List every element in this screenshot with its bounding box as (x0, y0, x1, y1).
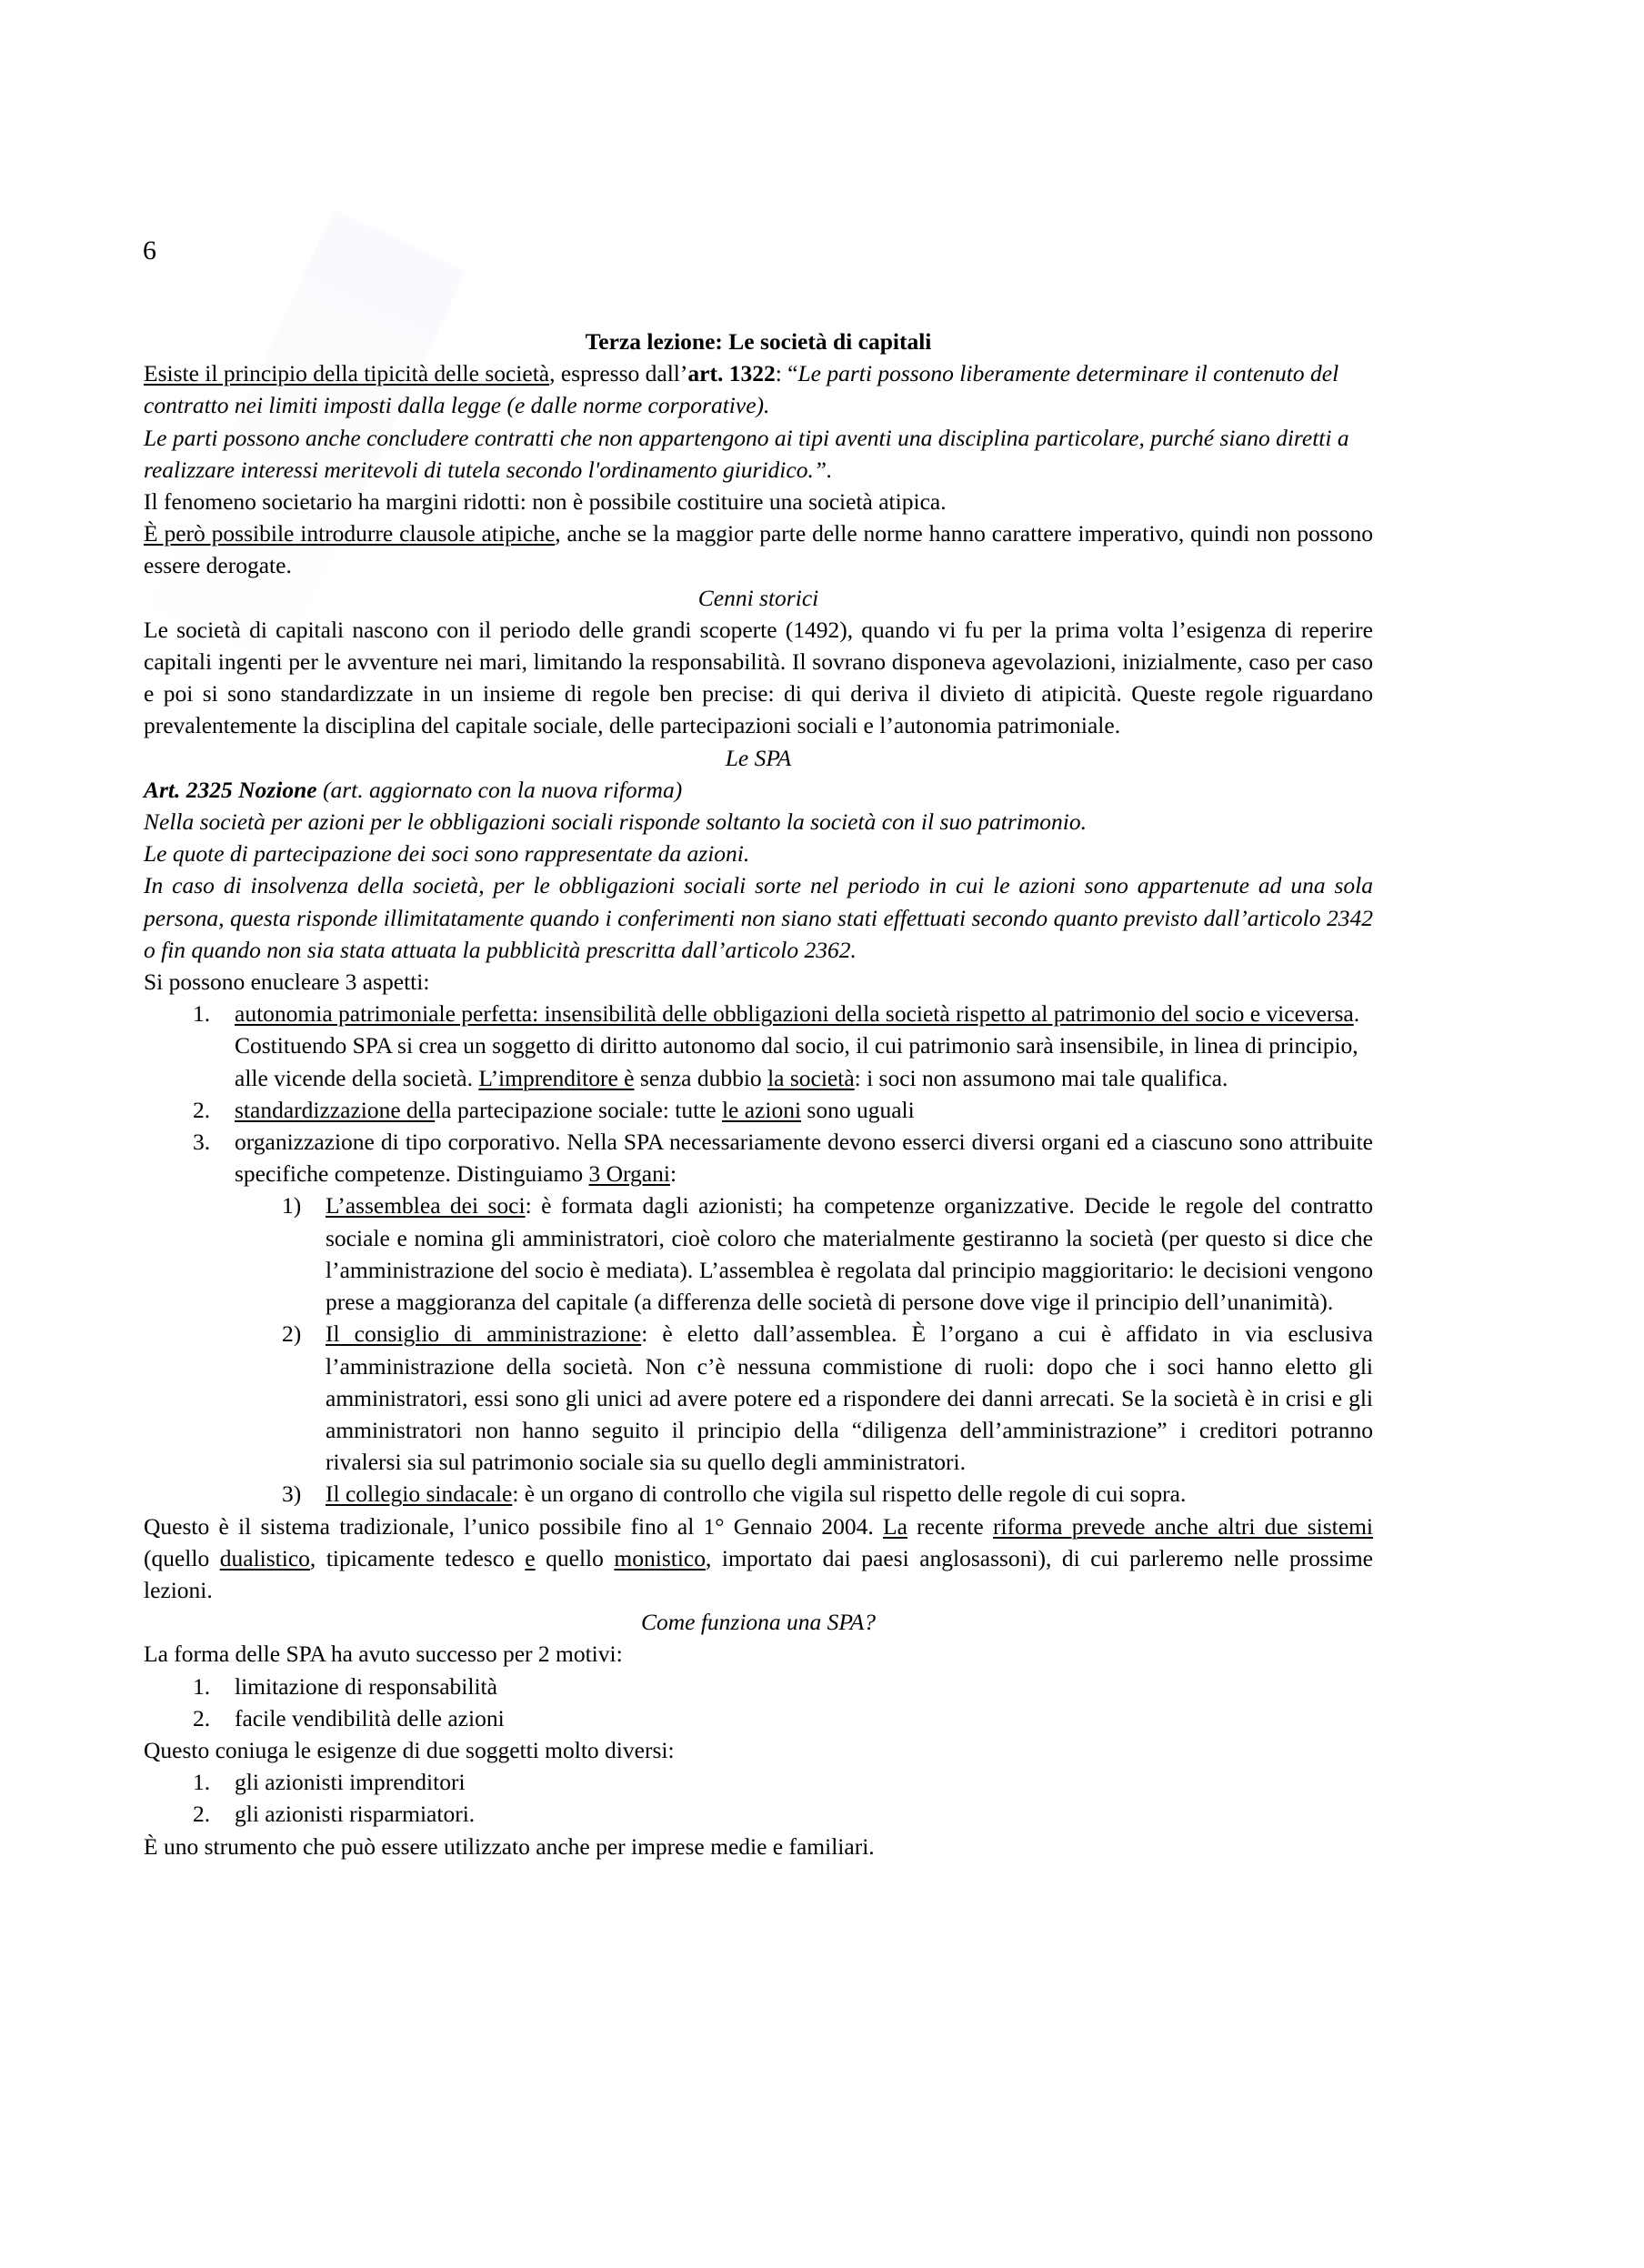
motivi-list: 1.limitazione di responsabilità 2.facile… (144, 1671, 1373, 1734)
paragraph: Si possono enucleare 3 aspetti: (144, 966, 1373, 998)
paragraph: Questo è il sistema tradizionale, l’unic… (144, 1510, 1373, 1607)
section-heading-come-funziona: Come funziona una SPA? (144, 1606, 1373, 1638)
list-item: 1. autonomia patrimoniale perfetta: inse… (144, 998, 1373, 1094)
aspetti-list: 1. autonomia patrimoniale perfetta: inse… (144, 998, 1373, 1189)
list-item: 1.limitazione di responsabilità (144, 1671, 1373, 1702)
paragraph: Il fenomeno societario ha margini ridott… (144, 486, 1373, 517)
intro-paragraph: Esiste il principio della tipicità delle… (144, 357, 1373, 421)
list-item: 2.gli azionisti risparmiatori. (144, 1798, 1373, 1830)
underlined-phrase: È però possibile introdurre clausole ati… (144, 520, 555, 547)
list-item: 2. standardizzazione della partecipazion… (144, 1094, 1373, 1126)
list-item: 3. organizzazione di tipo corporativo. N… (144, 1126, 1373, 1189)
paragraph: Questo coniuga le esigenze di due sogget… (144, 1734, 1373, 1766)
article-text: In caso di insolvenza della società, per… (144, 869, 1373, 966)
list-item: 1) L’assemblea dei soci: è formata dagli… (144, 1189, 1373, 1318)
soggetti-list: 1.gli azionisti imprenditori 2.gli azion… (144, 1766, 1373, 1830)
article-text: Le quote di partecipazione dei soci sono… (144, 838, 1373, 869)
underlined-phrase: Esiste il principio della tipicità delle… (144, 360, 549, 386)
organi-list: 1) L’assemblea dei soci: è formata dagli… (144, 1189, 1373, 1510)
paragraph: È però possibile introdurre clausole ati… (144, 517, 1373, 581)
article-text: Nella società per azioni per le obbligaz… (144, 806, 1373, 838)
list-item: 1.gli azionisti imprenditori (144, 1766, 1373, 1798)
list-item: 2.facile vendibilità delle azioni (144, 1702, 1373, 1734)
article-heading: Art. 2325 Nozione (art. aggiornato con l… (144, 774, 1373, 806)
page-number: 6 (143, 235, 156, 267)
lesson-title: Terza lezione: Le società di capitali (144, 326, 1373, 357)
paragraph: La forma delle SPA ha avuto successo per… (144, 1638, 1373, 1670)
list-item: 3) Il collegio sindacale: è un organo di… (144, 1478, 1373, 1510)
article-title: Art. 2325 Nozione (144, 777, 317, 803)
paragraph: Le società di capitali nascono con il pe… (144, 614, 1373, 742)
article-reference: art. 1322 (687, 360, 775, 386)
list-item: 2) Il consiglio di amministrazione: è el… (144, 1318, 1373, 1478)
section-heading-cenni-storici: Cenni storici (144, 582, 1373, 614)
closing-paragraph: È uno strumento che può essere utilizzat… (144, 1831, 1373, 1862)
document-body: Terza lezione: Le società di capitali Es… (144, 326, 1373, 1862)
article-quote-continued: Le parti possono anche concludere contra… (144, 422, 1373, 486)
section-heading-le-spa: Le SPA (144, 742, 1373, 774)
